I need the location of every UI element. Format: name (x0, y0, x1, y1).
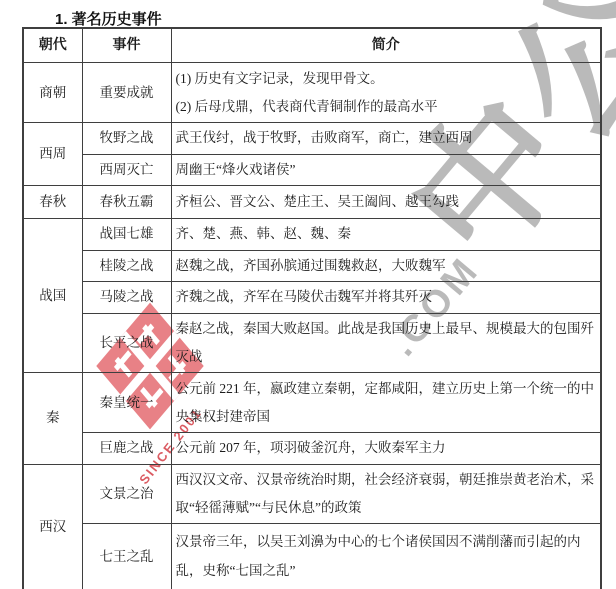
summary-line: 公元前 207 年，项羽破釜沉舟，大败秦军主力 (176, 434, 597, 462)
table-row: 商朝 重要成就 (1) 历史有文字记录，发现甲骨文。 (2) 后母戊鼎，代表商代… (23, 63, 601, 123)
dynasty-cell: 秦 (23, 373, 82, 464)
page-title: 1. 著名历史事件 (0, 0, 616, 27)
summary-line: 赵魏之战，齐国孙膑通过围魏救赵，大败魏军 (176, 252, 597, 280)
summary-cell: 齐魏之战，齐军在马陵伏击魏军并将其歼灭 (171, 282, 601, 313)
summary-cell: 西汉汉文帝、汉景帝统治时期，社会经济衰弱，朝廷推崇黄老治术，采取“轻徭薄赋”“与… (171, 464, 601, 524)
event-cell: 长平之战 (82, 313, 171, 373)
summary-cell: 秦赵之战，秦国大败赵国。此战是我国历史上最早、规模最大的包围歼灭战 (171, 313, 601, 373)
event-cell: 文景之治 (82, 464, 171, 524)
event-cell: 重要成就 (82, 63, 171, 123)
event-cell: 七王之乱 (82, 524, 171, 589)
summary-line: 武王伐纣，战于牧野，击败商军，商亡，建立西周 (176, 124, 597, 152)
table-header-row: 朝代 事件 简介 (23, 28, 601, 63)
dynasty-cell: 西汉 (23, 464, 82, 589)
summary-line: 周幽王“烽火戏诸侯” (176, 156, 597, 184)
summary-cell: 赵魏之战，齐国孙膑通过围魏救赵，大败魏军 (171, 251, 601, 282)
table-row: 西周 牧野之战 武王伐纣，战于牧野，击败商军，商亡，建立西周 (23, 123, 601, 154)
table-row: 巨鹿之战 公元前 207 年，项羽破釜沉舟，大败秦军主力 (23, 433, 601, 464)
summary-line: 西汉汉文帝、汉景帝统治时期，社会经济衰弱，朝廷推崇黄老治术，采取“轻徭薄赋”“与… (176, 466, 597, 523)
event-cell: 巨鹿之战 (82, 433, 171, 464)
table-row: 七王之乱 汉景帝三年，以吴王刘濞为中心的七个诸侯国因不满削藩而引起的内乱，史称“… (23, 524, 601, 589)
header-event: 事件 (82, 28, 171, 63)
table-row: 战国 战国七雄 齐、楚、燕、韩、赵、魏、秦 (23, 219, 601, 251)
summary-cell: 公元前 221 年，嬴政建立秦朝，定都咸阳，建立历史上第一个统一的中央集权封建帝… (171, 373, 601, 433)
summary-line: 齐桓公、晋文公、楚庄王、吴王阖闾、越王勾践 (176, 188, 597, 216)
header-summary: 简介 (171, 28, 601, 63)
history-events-table: 朝代 事件 简介 商朝 重要成就 (1) 历史有文字记录，发现甲骨文。 (2) … (22, 27, 602, 589)
summary-line: (2) 后母戊鼎，代表商代青铜制作的最高水平 (176, 93, 597, 121)
summary-line: 齐魏之战，齐军在马陵伏击魏军并将其歼灭 (176, 283, 597, 311)
dynasty-cell: 商朝 (23, 63, 82, 123)
event-cell: 战国七雄 (82, 219, 171, 251)
dynasty-cell: 战国 (23, 219, 82, 373)
event-cell: 马陵之战 (82, 282, 171, 313)
summary-line: 秦赵之战，秦国大败赵国。此战是我国历史上最早、规模最大的包围歼灭战 (176, 315, 597, 372)
summary-cell: 武王伐纣，战于牧野，击败商军，商亡，建立西周 (171, 123, 601, 154)
summary-cell: 齐、楚、燕、韩、赵、魏、秦 (171, 219, 601, 251)
event-cell: 秦皇统一 (82, 373, 171, 433)
summary-cell: (1) 历史有文字记录，发现甲骨文。 (2) 后母戊鼎，代表商代青铜制作的最高水… (171, 63, 601, 123)
table-row: 马陵之战 齐魏之战，齐军在马陵伏击魏军并将其歼灭 (23, 282, 601, 313)
summary-line: (1) 历史有文字记录，发现甲骨文。 (176, 65, 597, 93)
summary-line: 公元前 221 年，嬴政建立秦朝，定都咸阳，建立历史上第一个统一的中央集权封建帝… (176, 375, 597, 432)
event-cell: 西周灭亡 (82, 154, 171, 185)
summary-cell: 周幽王“烽火戏诸侯” (171, 154, 601, 185)
table-row: 长平之战 秦赵之战，秦国大败赵国。此战是我国历史上最早、规模最大的包围歼灭战 (23, 313, 601, 373)
event-cell: 春秋五霸 (82, 186, 171, 219)
event-cell: 桂陵之战 (82, 251, 171, 282)
summary-cell: 公元前 207 年，项羽破釜沉舟，大败秦军主力 (171, 433, 601, 464)
document-page: .COM中公教育 SINCE 2001 1. 著名历史事件 朝代 事件 简介 商… (0, 0, 616, 589)
document-content: 1. 著名历史事件 朝代 事件 简介 商朝 重要成就 (1) 历史有文字记录，发… (0, 0, 616, 589)
dynasty-cell: 西周 (23, 123, 82, 186)
header-dynasty: 朝代 (23, 28, 82, 63)
table-row: 西汉 文景之治 西汉汉文帝、汉景帝统治时期，社会经济衰弱，朝廷推崇黄老治术，采取… (23, 464, 601, 524)
table-row: 西周灭亡 周幽王“烽火戏诸侯” (23, 154, 601, 185)
summary-cell: 齐桓公、晋文公、楚庄王、吴王阖闾、越王勾践 (171, 186, 601, 219)
summary-line: 汉景帝三年，以吴王刘濞为中心的七个诸侯国因不满削藩而引起的内乱，史称“七国之乱” (176, 528, 597, 585)
table-row: 春秋 春秋五霸 齐桓公、晋文公、楚庄王、吴王阖闾、越王勾践 (23, 186, 601, 219)
table-row: 桂陵之战 赵魏之战，齐国孙膑通过围魏救赵，大败魏军 (23, 251, 601, 282)
table-row: 秦 秦皇统一 公元前 221 年，嬴政建立秦朝，定都咸阳，建立历史上第一个统一的… (23, 373, 601, 433)
summary-cell: 汉景帝三年，以吴王刘濞为中心的七个诸侯国因不满削藩而引起的内乱，史称“七国之乱” (171, 524, 601, 589)
summary-line: 齐、楚、燕、韩、赵、魏、秦 (176, 220, 597, 248)
event-cell: 牧野之战 (82, 123, 171, 154)
dynasty-cell: 春秋 (23, 186, 82, 219)
